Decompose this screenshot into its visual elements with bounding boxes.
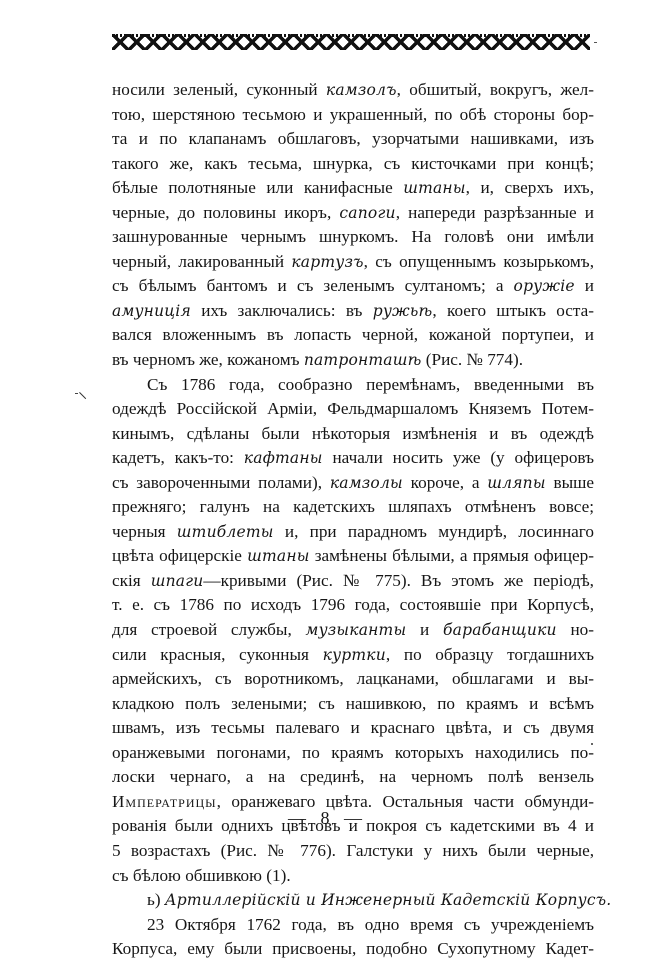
text-line: съ завороченными полами), камзолы короче… [112,471,594,496]
text-line: лоски чернаго, а на срединѣ, на черномъ … [112,765,594,790]
text-run: черныя [112,522,177,541]
text-line: кинымъ, сдѣланы были нѣкоторыя измѣненія… [112,422,594,447]
text-line: для строевой службы, музыканты и барабан… [112,618,594,643]
italic-term: сапоги [339,204,395,222]
text-run: одеждѣ Россійской Арміи, Фельдмаршаломъ … [112,399,594,418]
text-line: т. е. съ 1786 по исходъ 1796 года, состо… [112,593,594,618]
text-line: зашнурованные чернымъ шнуркомъ. На голов… [112,225,594,250]
text-run: съ завороченными полами), [112,473,330,492]
text-run: прежняго; галунъ на кадетскихъ шляпахъ о… [112,497,594,516]
text-run: швамъ, изъ тесьмы палеваго и краснаго цв… [112,718,594,737]
text-run: 23 Октября 1762 года, въ одно время съ у… [147,915,594,934]
text-line: черные, до половины икоръ, сапоги, напер… [112,201,594,226]
italic-term: штиблеты [177,523,274,541]
text-line: 5 возрастахъ (Рис. № 776). Галстуки у ни… [112,839,594,864]
italic-term: камзолъ [326,81,397,99]
text-run: зашнурованные чернымъ шнуркомъ. На голов… [112,227,594,246]
text-run: такого же, какъ тесьма, шнурка, съ кисто… [112,154,594,173]
text-line: съ бѣлымъ бантомъ и съ зеленымъ султаном… [112,274,594,299]
text-line: Съ 1786 года, сообразно перемѣнамъ, введ… [112,373,594,398]
text-run: , коего штыкъ оста- [432,301,594,320]
text-line: ь) Артиллерійскій и Инженерный Кадетскій… [112,888,594,913]
text-run: Корпуса, ему были присвоены, подобно Сух… [112,939,594,958]
text-line: швамъ, изъ тесьмы палеваго и краснаго цв… [112,716,594,741]
text-run: кадетъ, какъ-то: [112,448,244,467]
text-run: и [406,620,443,639]
italic-term: шляпы [487,474,545,492]
text-line: черныя штиблеты и, при парадномъ мундирѣ… [112,520,594,545]
margin-speck [75,393,78,394]
text-line: кадетъ, какъ-то: кафтаны начали носить у… [112,446,594,471]
text-run: ихъ заключались: въ [191,301,373,320]
text-run: носили зеленый, суконный [112,80,326,99]
text-line: вался вложеннымъ въ лопасть черной, кожа… [112,323,594,348]
text-run: и [575,276,594,295]
italic-term: ружьѣ [373,302,433,320]
text-line: одеждѣ Россійской Арміи, Фельдмаршаломъ … [112,397,594,422]
ornament-mark [594,42,597,43]
text-run: 5 возрастахъ (Рис. № 776). Галстуки у ни… [112,841,594,860]
paragraph: носили зеленый, суконный камзолъ, обшиты… [112,78,594,373]
text-run: и, при парадномъ мундирѣ, лосиннаго [274,522,594,541]
text-line: 23 Октября 1762 года, въ одно время съ у… [112,913,594,938]
text-run: та и по клапанамъ обшлаговъ, узорчатыми … [112,129,594,148]
paragraph: ь) Артиллерійскій и Инженерный Кадетскій… [112,888,594,913]
text-line: черный, лакированный картузъ, съ опущенн… [112,250,594,275]
text-line: цвѣта офицерскіе штаны замѣнены бѣлыми, … [112,544,594,569]
italic-term: картузъ [291,253,363,271]
text-line: прежняго; галунъ на кадетскихъ шляпахъ о… [112,495,594,520]
italic-term: куртки [323,646,386,664]
text-line: армейскихъ, съ воротникомъ, лацканами, о… [112,667,594,692]
text-run: армейскихъ, съ воротникомъ, лацканами, о… [112,669,594,688]
text-run: выше [546,473,594,492]
text-run: , обшитый, вокругъ, жел- [397,80,594,99]
text-run: кладкою полъ зелеными; съ нашивкою, по к… [112,694,594,713]
italic-term: патронташѣ [304,351,422,369]
text-run: тою, шерстяною тесьмою и украшенный, по … [112,105,594,124]
page-text-body: носили зеленый, суконный камзолъ, обшиты… [112,78,594,962]
text-run: вался вложеннымъ въ лопасть черной, кожа… [112,325,594,344]
text-line: амуниція ихъ заключались: въ ружьѣ, коег… [112,299,594,324]
italic-term: шпаги [151,572,204,590]
text-run: т. е. съ 1786 по исходъ 1796 года, состо… [112,595,594,614]
text-run: въ черномъ же, кожаномъ [112,350,304,369]
text-line: носили зеленый, суконный камзолъ, обшиты… [112,78,594,103]
text-run: начали носить уже (у офицеровъ [323,448,594,467]
text-run: лоски чернаго, а на срединѣ, на черномъ … [112,767,594,786]
text-run: —кривыми (Рис. № 775). Въ этомъ же періо… [203,571,594,590]
text-run: короче, а [403,473,487,492]
text-run: (Рис. № 774). [422,350,524,369]
text-run: замѣнены бѣлыми, а прямыя офицер- [310,546,594,565]
italic-term: камзолы [330,474,403,492]
text-run: черный, лакированный [112,252,291,271]
text-run: съ бѣлою обшивкою (1). [112,866,291,885]
text-run: , съ опущеннымъ козырькомъ, [364,252,594,271]
text-line: та и по клапанамъ обшлаговъ, узорчатыми … [112,127,594,152]
text-line: бѣлые полотняные или канифасные штаны, и… [112,176,594,201]
text-run: съ бѣлымъ бантомъ и съ зеленымъ султаном… [112,276,514,295]
text-run: Съ 1786 года, сообразно перемѣнамъ, введ… [147,375,594,394]
text-run: черные, до половины икоръ, [112,203,339,222]
text-line: въ черномъ же, кожаномъ патронташѣ (Рис.… [112,348,594,373]
margin-mark [79,392,86,399]
italic-term: барабанщики [443,621,557,639]
italic-term: штаны [403,179,465,197]
text-run: оранжевыми погонами, по краямъ которыхъ … [112,743,594,762]
text-line: скія шпаги—кривыми (Рис. № 775). Въ этом… [112,569,594,594]
text-run: , напереди разрѣзанные и [396,203,594,222]
italic-term: штаны [247,547,309,565]
italic-term: Артиллерійскій и Инженерный Кадетскій Ко… [165,891,612,909]
text-line: съ бѣлою обшивкою (1). [112,864,594,889]
text-run: кинымъ, сдѣланы были нѣкоторыя измѣненія… [112,424,594,443]
italic-term: кафтаны [244,449,323,467]
text-run: бѣлые полотняные или канифасные [112,178,403,197]
text-run: сили красныя, суконныя [112,645,323,664]
text-run: но- [557,620,594,639]
paragraph: 23 Октября 1762 года, въ одно время съ у… [112,913,594,962]
italic-term: музыканты [306,621,407,639]
italic-term: оружіе [514,277,575,295]
text-run: для строевой службы, [112,620,306,639]
text-run: , по образцу тогдашнихъ [386,645,594,664]
text-line: Корпуса, ему были присвоены, подобно Сух… [112,937,594,962]
page-number: — 8 — [0,808,650,829]
italic-term: амуниція [112,302,191,320]
text-run: ь) [147,890,165,909]
text-line: кладкою полъ зелеными; съ нашивкою, по к… [112,692,594,717]
text-run: скія [112,571,151,590]
decorative-border-ornament [112,34,590,50]
text-run: , и, сверхъ ихъ, [466,178,594,197]
text-run: цвѣта офицерскіе [112,546,247,565]
text-line: оранжевыми погонами, по краямъ которыхъ … [112,741,594,766]
text-line: такого же, какъ тесьма, шнурка, съ кисто… [112,152,594,177]
text-line: тою, шерстяною тесьмою и украшенный, по … [112,103,594,128]
text-line: сили красныя, суконныя куртки, по образц… [112,643,594,668]
